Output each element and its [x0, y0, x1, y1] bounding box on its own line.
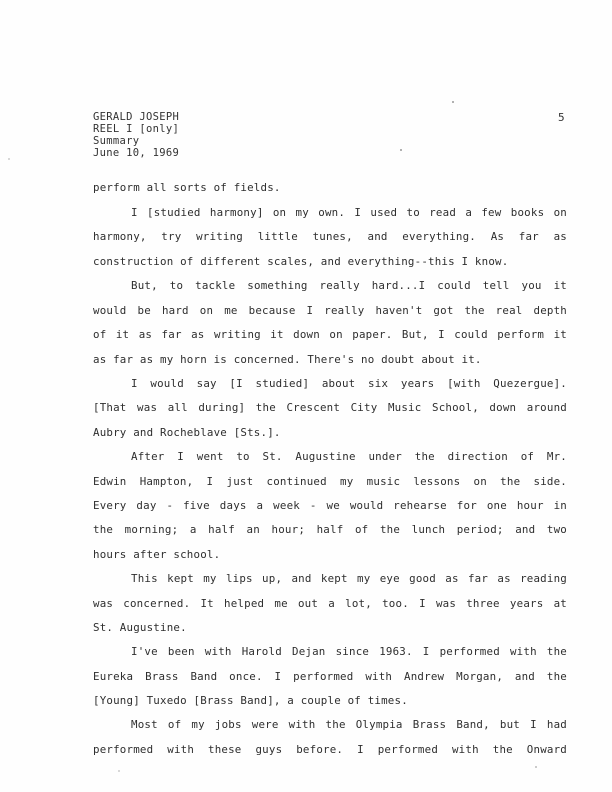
scan-speck: [400, 149, 402, 151]
body-line: Eureka Brass Band once. I performed with…: [93, 670, 567, 683]
body-line: perform all sorts of fields.: [93, 181, 567, 194]
body-line: construction of different scales, and ev…: [93, 255, 567, 268]
scan-speck: [535, 766, 537, 768]
body-line: was concerned. It helped me out a lot, t…: [93, 597, 567, 610]
body-line: I would say [I studied] about six years …: [93, 377, 567, 390]
body-line: This kept my lips up, and kept my eye go…: [93, 572, 567, 585]
body-line: performed with these guys before. I perf…: [93, 743, 567, 756]
body-line: [That was all during] the Crescent City …: [93, 401, 567, 414]
body-line: as far as my horn is concerned. There's …: [93, 353, 567, 366]
body-line: But, to tackle something really hard...I…: [93, 279, 567, 292]
body-line: Edwin Hampton, I just continued my music…: [93, 475, 567, 488]
scan-speck: [452, 101, 454, 103]
body-line: would be hard on me because I really hav…: [93, 304, 567, 317]
body-line: [Young] Tuxedo [Brass Band], a couple of…: [93, 694, 567, 707]
body-line: I [studied harmony] on my own. I used to…: [93, 206, 567, 219]
body-line: Aubry and Rocheblave [Sts.].: [93, 426, 567, 439]
header-name: GERALD JOSEPH: [93, 111, 179, 123]
body-line: hours after school.: [93, 548, 567, 561]
body-line: of it as far as writing it down on paper…: [93, 328, 567, 341]
body-line: harmony, try writing little tunes, and e…: [93, 230, 567, 243]
scan-speck: [118, 770, 120, 772]
body-line: St. Augustine.: [93, 621, 567, 634]
header-type: Summary: [93, 135, 139, 147]
header-date: June 10, 1969: [93, 147, 179, 159]
body-line: the morning; a half an hour; half of the…: [93, 523, 567, 536]
scan-speck: [8, 158, 10, 160]
body-line: I've been with Harold Dejan since 1963. …: [93, 645, 567, 658]
body-line: After I went to St. Augustine under the …: [93, 450, 567, 463]
header-reel: REEL I [only]: [93, 123, 179, 135]
document-page: GERALD JOSEPH REEL I [only] Summary June…: [0, 0, 612, 792]
body-line: Every day - five days a week - we would …: [93, 499, 567, 512]
page-number: 5: [558, 111, 565, 124]
body-line: Most of my jobs were with the Olympia Br…: [93, 718, 567, 731]
